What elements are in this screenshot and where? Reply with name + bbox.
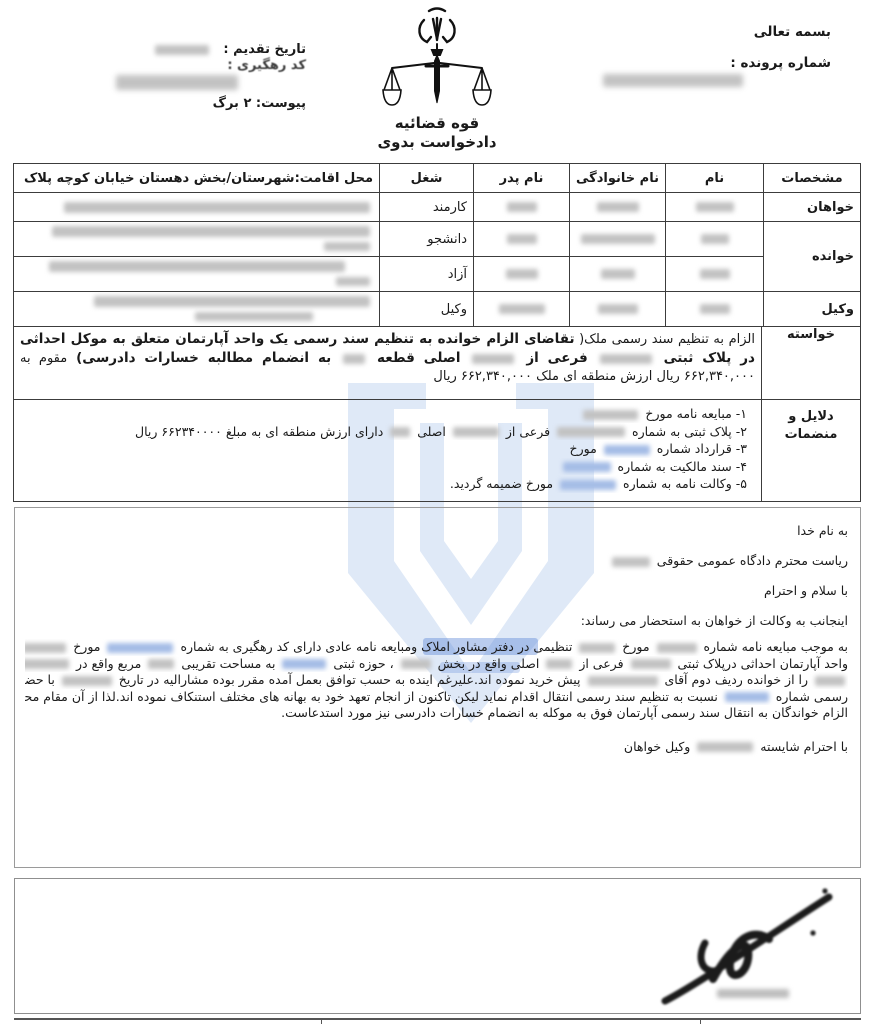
job-defendant-1: دانشجو [380, 222, 474, 257]
claim-evidence-table: خواسته الزام به تنظیم سند رسمی ملک( تقاض… [13, 326, 861, 502]
evidence-item-2: ۲- پلاک ثبتی به شماره فرعی از اصلی دارای… [20, 423, 747, 441]
paragraph-line-4: رسمی شماره نسبت به تنظیم سند رسمی انتقال… [25, 689, 848, 706]
evidence-label: دلایل و منضمات [762, 400, 861, 502]
job-defendant-2: آزاد [380, 257, 474, 292]
iran-emblem-icon [419, 9, 454, 43]
body-paragraph: به موجب مبایعه نامه شماره مورخ تنظیمی در… [25, 639, 848, 722]
evidence-item-5: ۵- وکالت نامه به شماره مورخ ضمیمه گردید. [20, 475, 747, 493]
claim-label: خواسته [762, 327, 861, 400]
paragraph-line-3: را از خوانده ردیف دوم آقای پیش خرید نمود… [25, 672, 848, 689]
row-label-attorney: وکیل [764, 292, 861, 327]
defendant-row-1: خوانده دانشجو [14, 222, 861, 257]
paragraph-line-1: به موجب مبایعه نامه شماره مورخ تنظیمی در… [25, 639, 848, 656]
redacted-text [604, 445, 650, 455]
redacted-text [725, 692, 769, 702]
evidence-list: ۱- مبایعه نامه مورخ ۲- پلاک ثبتی به شمار… [14, 400, 761, 493]
redacted-text [546, 659, 572, 669]
redacted-text [343, 354, 365, 364]
redacted-text [282, 659, 326, 669]
col-header-first-name: نام [666, 164, 764, 193]
evidence-item-1: ۱- مبایعه نامه مورخ [20, 405, 747, 423]
closing-line: با احترام شایسته وکیل خواهان [25, 738, 848, 756]
redacted-text [390, 427, 410, 437]
claim-text: الزام به تنظیم سند رسمی ملک( تقاضای الزا… [14, 327, 761, 386]
greeting-line: با سلام و احترام [25, 576, 848, 606]
signature-caption-redacted [717, 989, 789, 998]
tracking-code-redacted [116, 75, 238, 90]
evidence-item-4: ۴- سند مالکیت به شماره [20, 458, 747, 476]
parties-table: مشخصات نام نام خانوادگی نام پدر شغل محل … [13, 163, 861, 327]
scales-of-justice-icon [382, 6, 492, 110]
evidence-row: دلایل و منضمات ۱- مبایعه نامه مورخ ۲- پل… [14, 400, 861, 502]
row-label-defendant: خوانده [764, 222, 861, 292]
redacted-text [472, 354, 514, 364]
redacted-text [107, 643, 173, 653]
redacted-text [631, 659, 671, 669]
redacted-text [579, 643, 615, 653]
col-header-job: شغل [380, 164, 474, 193]
col-header-last-name: نام خانوادگی [570, 164, 666, 193]
evidence-item-3: ۳- قرارداد شماره مورخ [20, 440, 747, 458]
court-petition-document: بسمه تعالی شماره پرونده : تاریخ تقدیم : … [0, 0, 875, 1024]
job-attorney: وکیل [380, 292, 474, 327]
redacted-text [583, 410, 638, 420]
signature-box [14, 878, 861, 1014]
redacted-text [600, 354, 652, 364]
judiciary-title: قوه قضائیه [372, 114, 502, 133]
intro-line: اینجانب به وکالت از خواهان به استحضار می… [25, 606, 848, 636]
redacted-text [453, 427, 499, 437]
claim-row: خواسته الزام به تنظیم سند رسمی ملک( تقاض… [14, 327, 861, 400]
judiciary-emblem-block: قوه قضائیه دادخواست بدوی [372, 6, 502, 152]
attorney-row: وکیل وکیل [14, 292, 861, 327]
petition-body-box: به نام خدا ریاست محترم دادگاه عمومی حقوق… [14, 507, 861, 868]
job-plaintiff: کارمند [380, 193, 474, 222]
submit-date-label: تاریخ تقدیم : [223, 42, 306, 57]
plaintiff-row: خواهان کارمند [14, 193, 861, 222]
submit-date-redacted [155, 45, 209, 55]
court-salutation: ریاست محترم دادگاه عمومی حقوقی [25, 546, 848, 576]
col-header-father-name: نام پدر [474, 164, 570, 193]
redacted-text [148, 659, 174, 669]
redacted-text [62, 676, 112, 686]
tracking-code-label: کد رهگیری : [100, 58, 306, 73]
redacted-text [657, 643, 697, 653]
bottom-partial-row [14, 1018, 861, 1024]
parties-header-row: مشخصات نام نام خانوادگی نام پدر شغل محل … [14, 164, 861, 193]
document-title: دادخواست بدوی [372, 133, 502, 152]
case-number-label: شماره پرونده : [591, 55, 831, 71]
row-label-plaintiff: خواهان [764, 193, 861, 222]
redacted-text [588, 676, 658, 686]
body-bismillah: به نام خدا [25, 516, 848, 546]
paragraph-line-5: الزام خواندگان به انتقال سند رسمی آپارتم… [25, 705, 848, 722]
case-number-redacted [603, 74, 743, 87]
redacted-text [560, 480, 616, 490]
col-header-address: محل اقامت:شهرستان/بخش دهستان خیابان کوچه… [14, 164, 380, 193]
redacted-text [401, 659, 431, 669]
handwritten-signature [655, 883, 855, 1011]
col-header-id: مشخصات [764, 164, 861, 193]
redacted-text [563, 462, 611, 472]
header-right-block: بسمه تعالی شماره پرونده : [591, 24, 831, 87]
redacted-text [612, 557, 650, 567]
redacted-text [697, 742, 753, 752]
redacted-text [25, 659, 69, 669]
redacted-text [25, 643, 66, 653]
redacted-text [815, 676, 845, 686]
redacted-text [557, 427, 625, 437]
header-left-block: تاریخ تقدیم : کد رهگیری : پیوست: ۲ برگ [100, 42, 306, 111]
defendant-row-2: آزاد [14, 257, 861, 292]
attachment-label: پیوست: ۲ برگ [100, 96, 306, 111]
bismillah-text: بسمه تعالی [591, 24, 831, 40]
paragraph-line-2: واحد آپارتمان احداثی درپلاک ثبتی فرعی از… [25, 656, 848, 673]
